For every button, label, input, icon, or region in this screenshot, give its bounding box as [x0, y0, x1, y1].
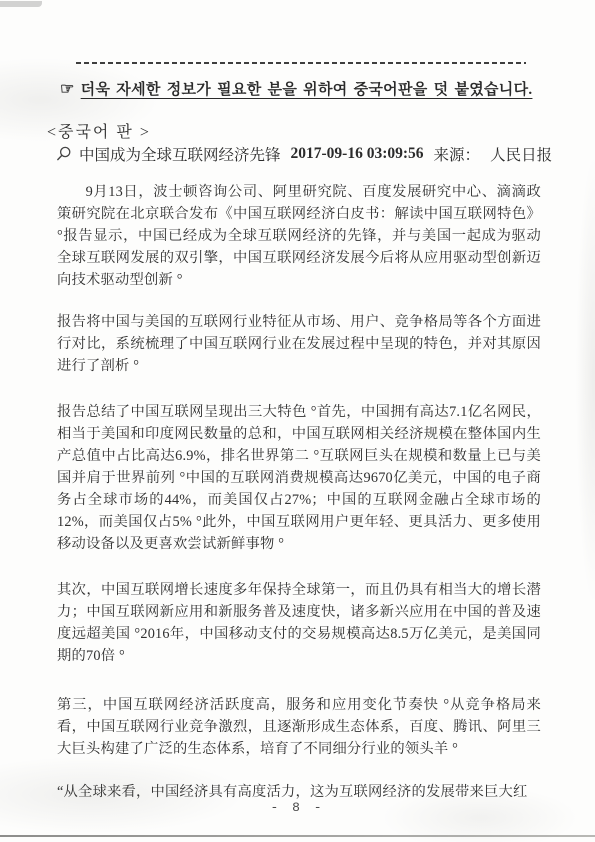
korean-notice: ☞더욱 자세한 정보가 필요한 분을 위하여 중국어판을 덧 붙였습니다.	[60, 78, 560, 99]
search-icon	[56, 146, 72, 162]
chinese-version-label: <중국어 판 >	[47, 119, 151, 142]
scan-corner-smudge	[0, 1, 42, 7]
article-body: 9月13日，波士顿咨询公司、阿里研究院、百度发展研究中心、滴滴政策研究院在北京联…	[57, 181, 541, 803]
document-page: ☞더욱 자세한 정보가 필요한 분을 위하여 중국어판을 덧 붙였습니다. <중…	[0, 0, 595, 842]
paragraph-5: 第三，中国互联网经济活跃度高，服务和应用变化节奏快 °从竞争格局来看，中国互联网…	[57, 694, 541, 760]
paragraph-4: 其次，中国互联网增长速度多年保持全球第一，而且仍具有相当大的增长潜力；中国互联网…	[57, 579, 541, 667]
paragraph-3: 报告总结了中国互联网呈现出三大特色 °首先，中国拥有高达7.1亿名网民，相当于美…	[57, 401, 541, 555]
scan-edge-line	[0, 835, 595, 837]
article-header: 中国成为全球互联网经济先锋 2017-09-16 03:09:56 来源： 人民…	[56, 143, 556, 165]
paragraph-1: 9月13日，波士顿咨询公司、阿里研究院、百度发展研究中心、滴滴政策研究院在北京联…	[57, 181, 541, 291]
paragraph-2: 报告将中国与美国的互联网行业特征从市场、用户、竞争格局等各个方面进行对比，系统梳…	[57, 311, 541, 377]
page-number: - 8 -	[0, 800, 595, 815]
korean-notice-text: 더욱 자세한 정보가 필요한 분을 위하여 중국어판을 덧 붙였습니다.	[81, 82, 533, 98]
article-source-label: 来源：	[434, 143, 481, 165]
article-title: 中国成为全球互联网经济先锋	[79, 143, 281, 165]
pointing-hand-icon: ☞	[60, 81, 75, 98]
article-source: 人民日报	[490, 143, 552, 165]
separator-dashed-line	[76, 62, 526, 64]
article-datetime: 2017-09-16 03:09:56	[291, 145, 424, 163]
